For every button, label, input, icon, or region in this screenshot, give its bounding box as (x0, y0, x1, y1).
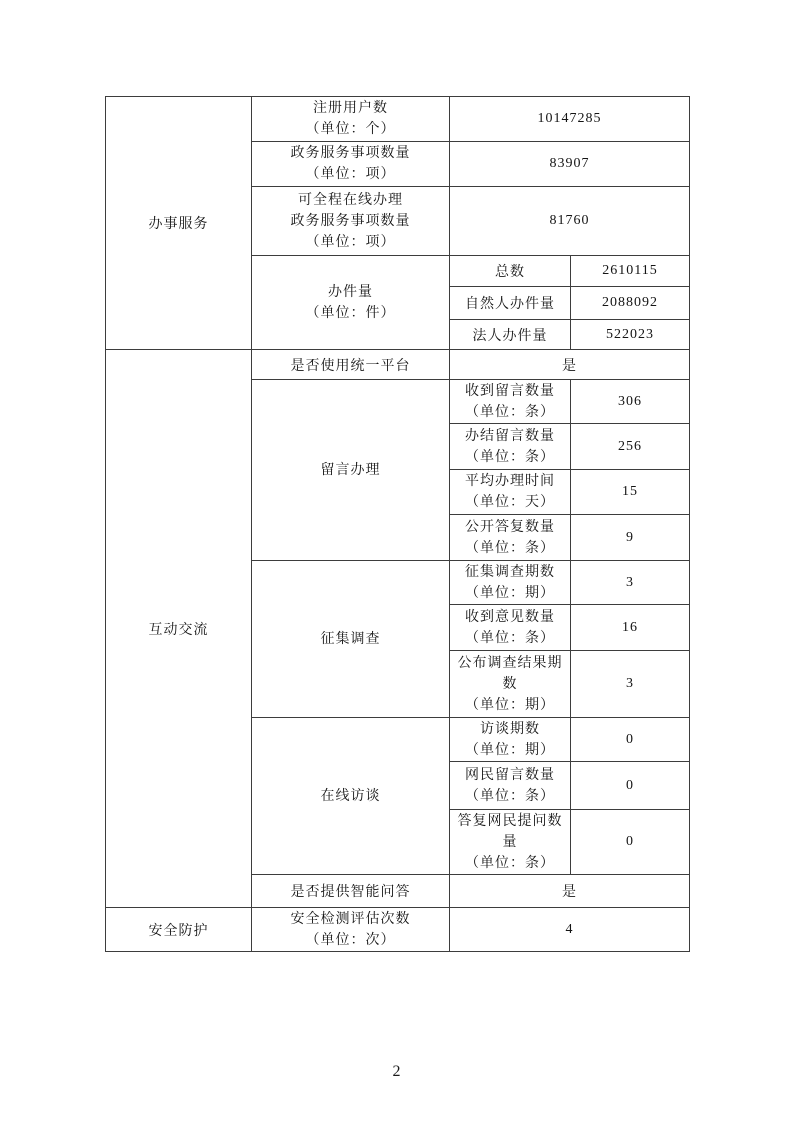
value-cell: 15 (571, 470, 690, 515)
cell-unit-line: （单位：条） (452, 853, 568, 874)
cell-text-line: 量 (452, 832, 568, 853)
cell-text-line: 答复网民提问数 (452, 811, 568, 832)
value-cell: 10147285 (450, 97, 690, 142)
page-number: 2 (0, 1063, 793, 1081)
group-cell-interaction: 互动交流 (106, 350, 252, 908)
sub-label-cell: 办结留言数量 （单位：条） (450, 424, 571, 470)
sub-label-cell: 法人办件量 (450, 320, 571, 350)
cell-text-line: 注册用户数 (254, 98, 447, 119)
value-cell: 83907 (450, 142, 690, 187)
cell-unit-line: （单位：次） (254, 930, 447, 951)
sub-label-cell: 答复网民提问数 量 （单位：条） (450, 810, 571, 875)
cell-unit-line: （单位：期） (452, 583, 568, 604)
value-cell: 2610115 (571, 256, 690, 287)
cell-unit-line: （单位：期） (452, 740, 568, 761)
value-cell: 522023 (571, 320, 690, 350)
cell-unit-line: （单位：期） (452, 695, 568, 716)
value-cell: 3 (571, 561, 690, 605)
sub-label-cell: 收到意见数量 （单位：条） (450, 605, 571, 651)
sub-label-cell: 公布调查结果期 数 （单位：期） (450, 651, 571, 718)
sub-label-cell: 总数 (450, 256, 571, 287)
document-page: 办事服务 注册用户数 （单位：个） 10147285 政务服务事项数量 （单位：… (0, 0, 793, 1122)
subgroup-cell-messages: 留言办理 (252, 380, 450, 561)
cell-unit-line: （单位：件） (254, 303, 447, 324)
group-cell-service: 办事服务 (106, 97, 252, 350)
sub-label-cell: 访谈期数 （单位：期） (450, 718, 571, 762)
cell-unit-line: （单位：条） (452, 628, 568, 649)
value-cell: 是 (450, 350, 690, 380)
cell-text-line: 公开答复数量 (452, 517, 568, 538)
label-cell: 政务服务事项数量 （单位：项） (252, 142, 450, 187)
cell-text-line: 公布调查结果期 (452, 653, 568, 674)
cell-text-line: 留言办理 (254, 460, 447, 481)
cell-text-line: 政务服务事项数量 (254, 143, 447, 164)
cell-text-line: 办件量 (254, 282, 447, 303)
value-cell: 9 (571, 515, 690, 561)
cell-text-line: 征集调查期数 (452, 562, 568, 583)
cell-text-line: 在线访谈 (254, 786, 447, 807)
sub-label-cell: 平均办理时间 （单位：天） (450, 470, 571, 515)
metrics-table: 办事服务 注册用户数 （单位：个） 10147285 政务服务事项数量 （单位：… (105, 96, 690, 952)
sub-label-cell: 网民留言数量 （单位：条） (450, 762, 571, 810)
cell-text-line: 网民留言数量 (452, 765, 568, 786)
table-row: 安全防护 安全检测评估次数 （单位：次） 4 (106, 908, 690, 952)
cell-text-line: 平均办理时间 (452, 471, 568, 492)
label-cell: 安全检测评估次数 （单位：次） (252, 908, 450, 952)
cell-text-line: 办结留言数量 (452, 426, 568, 447)
sub-label-cell: 自然人办件量 (450, 287, 571, 320)
subgroup-cell-surveys: 征集调查 (252, 561, 450, 718)
subgroup-cell-interviews: 在线访谈 (252, 718, 450, 875)
sub-label-cell: 公开答复数量 （单位：条） (450, 515, 571, 561)
cell-unit-line: （单位：条） (452, 402, 568, 423)
value-cell: 0 (571, 718, 690, 762)
label-cell: 注册用户数 （单位：个） (252, 97, 450, 142)
sub-label-cell: 征集调查期数 （单位：期） (450, 561, 571, 605)
cell-unit-line: （单位：条） (452, 538, 568, 559)
cell-unit-line: （单位：条） (452, 786, 568, 807)
cell-text-line: 征集调查 (254, 629, 447, 650)
cell-text-line: 可全程在线办理 (254, 190, 447, 211)
value-cell: 16 (571, 605, 690, 651)
value-cell: 是 (450, 875, 690, 908)
cell-unit-line: （单位：条） (452, 447, 568, 468)
cell-text-line: 政务服务事项数量 (254, 211, 447, 232)
label-cell: 是否使用统一平台 (252, 350, 450, 380)
label-cell: 是否提供智能问答 (252, 875, 450, 908)
cell-unit-line: （单位：项） (254, 164, 447, 185)
value-cell: 306 (571, 380, 690, 424)
label-cell: 可全程在线办理 政务服务事项数量 （单位：项） (252, 187, 450, 256)
sub-label-cell: 收到留言数量 （单位：条） (450, 380, 571, 424)
value-cell: 256 (571, 424, 690, 470)
value-cell: 4 (450, 908, 690, 952)
cell-unit-line: （单位：项） (254, 232, 447, 253)
cell-text-line: 收到意见数量 (452, 607, 568, 628)
value-cell: 2088092 (571, 287, 690, 320)
cell-unit-line: （单位：天） (452, 492, 568, 513)
value-cell: 81760 (450, 187, 690, 256)
cell-unit-line: （单位：个） (254, 119, 447, 140)
cell-text-line: 数 (452, 674, 568, 695)
value-cell: 3 (571, 651, 690, 718)
cell-text-line: 安全检测评估次数 (254, 909, 447, 930)
value-cell: 0 (571, 762, 690, 810)
table-row: 互动交流 是否使用统一平台 是 (106, 350, 690, 380)
value-cell: 0 (571, 810, 690, 875)
table-row: 办事服务 注册用户数 （单位：个） 10147285 (106, 97, 690, 142)
cell-text-line: 访谈期数 (452, 719, 568, 740)
subgroup-cell-caseload: 办件量 （单位：件） (252, 256, 450, 350)
group-cell-security: 安全防护 (106, 908, 252, 952)
cell-text-line: 收到留言数量 (452, 381, 568, 402)
